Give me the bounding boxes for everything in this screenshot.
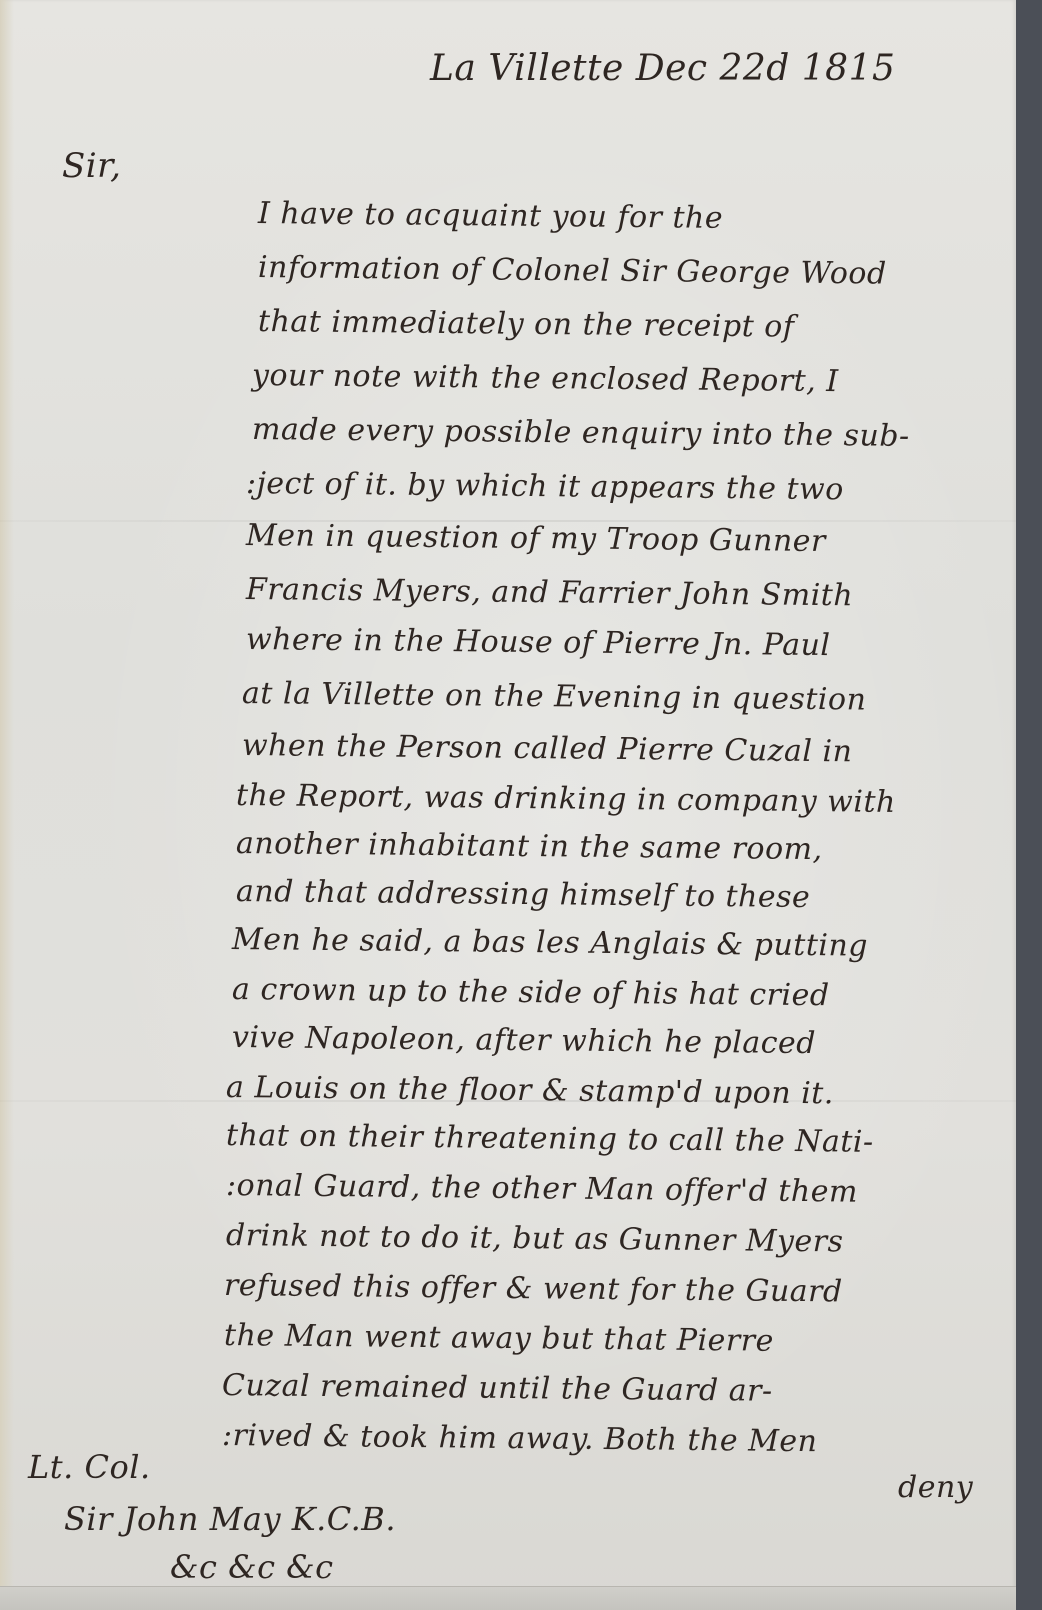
body-line: Men he said, a bas les Anglais & putting — [232, 922, 868, 964]
body-line: that on their threatening to call the Na… — [226, 1118, 874, 1160]
body-line: I have to acquaint you for the — [258, 196, 723, 236]
body-line: where in the House of Pierre Jn. Paul — [246, 622, 831, 663]
body-line: and that addressing himself to these — [236, 874, 811, 915]
body-line: the Man went away but that Pierre — [224, 1318, 774, 1359]
body-line: at la Villette on the Evening in questio… — [242, 676, 867, 718]
addressee-etc: &c &c &c — [170, 1548, 334, 1586]
body-line: information of Colonel Sir George Wood — [258, 250, 887, 292]
body-line: refused this offer & went for the Guard — [224, 1268, 843, 1309]
addressee-name: Sir John May K.C.B. — [64, 1500, 396, 1538]
body-line: made every possible enquiry into the sub… — [252, 412, 910, 454]
paper-bottom-edge — [0, 1586, 1016, 1610]
body-line: :onal Guard, the other Man offer'd them — [226, 1168, 858, 1210]
body-line: vive Napoleon, after which he placed — [232, 1020, 816, 1061]
body-line: :rived & took him away. Both the Men — [222, 1418, 818, 1459]
body-line: your note with the enclosed Report, I — [252, 358, 839, 399]
catchword: deny — [898, 1470, 973, 1505]
body-line: :ject of it. by which it appears the two — [246, 466, 844, 507]
dateline: La Villette Dec 22d 1815 — [430, 48, 895, 89]
body-line: another inhabitant in the same room, — [236, 826, 823, 867]
body-line: Cuzal remained until the Guard ar- — [222, 1368, 773, 1409]
body-line: Men in question of my Troop Gunner — [246, 518, 826, 559]
letter-page: La Villette Dec 22d 1815 Sir, I have to … — [0, 0, 1016, 1610]
addressee-rank: Lt. Col. — [28, 1448, 151, 1486]
document-scan: La Villette Dec 22d 1815 Sir, I have to … — [0, 0, 1042, 1610]
body-line: a Louis on the floor & stamp'd upon it. — [226, 1070, 834, 1111]
body-line: when the Person called Pierre Cuzal in — [242, 728, 853, 769]
salutation: Sir, — [62, 146, 122, 186]
body-line: the Report, was drinking in company with — [236, 778, 896, 820]
body-line: that immediately on the receipt of — [258, 304, 795, 345]
body-line: a crown up to the side of his hat cried — [232, 972, 830, 1013]
body-line: drink not to do it, but as Gunner Myers — [226, 1218, 844, 1259]
body-line: Francis Myers, and Farrier John Smith — [246, 572, 854, 613]
